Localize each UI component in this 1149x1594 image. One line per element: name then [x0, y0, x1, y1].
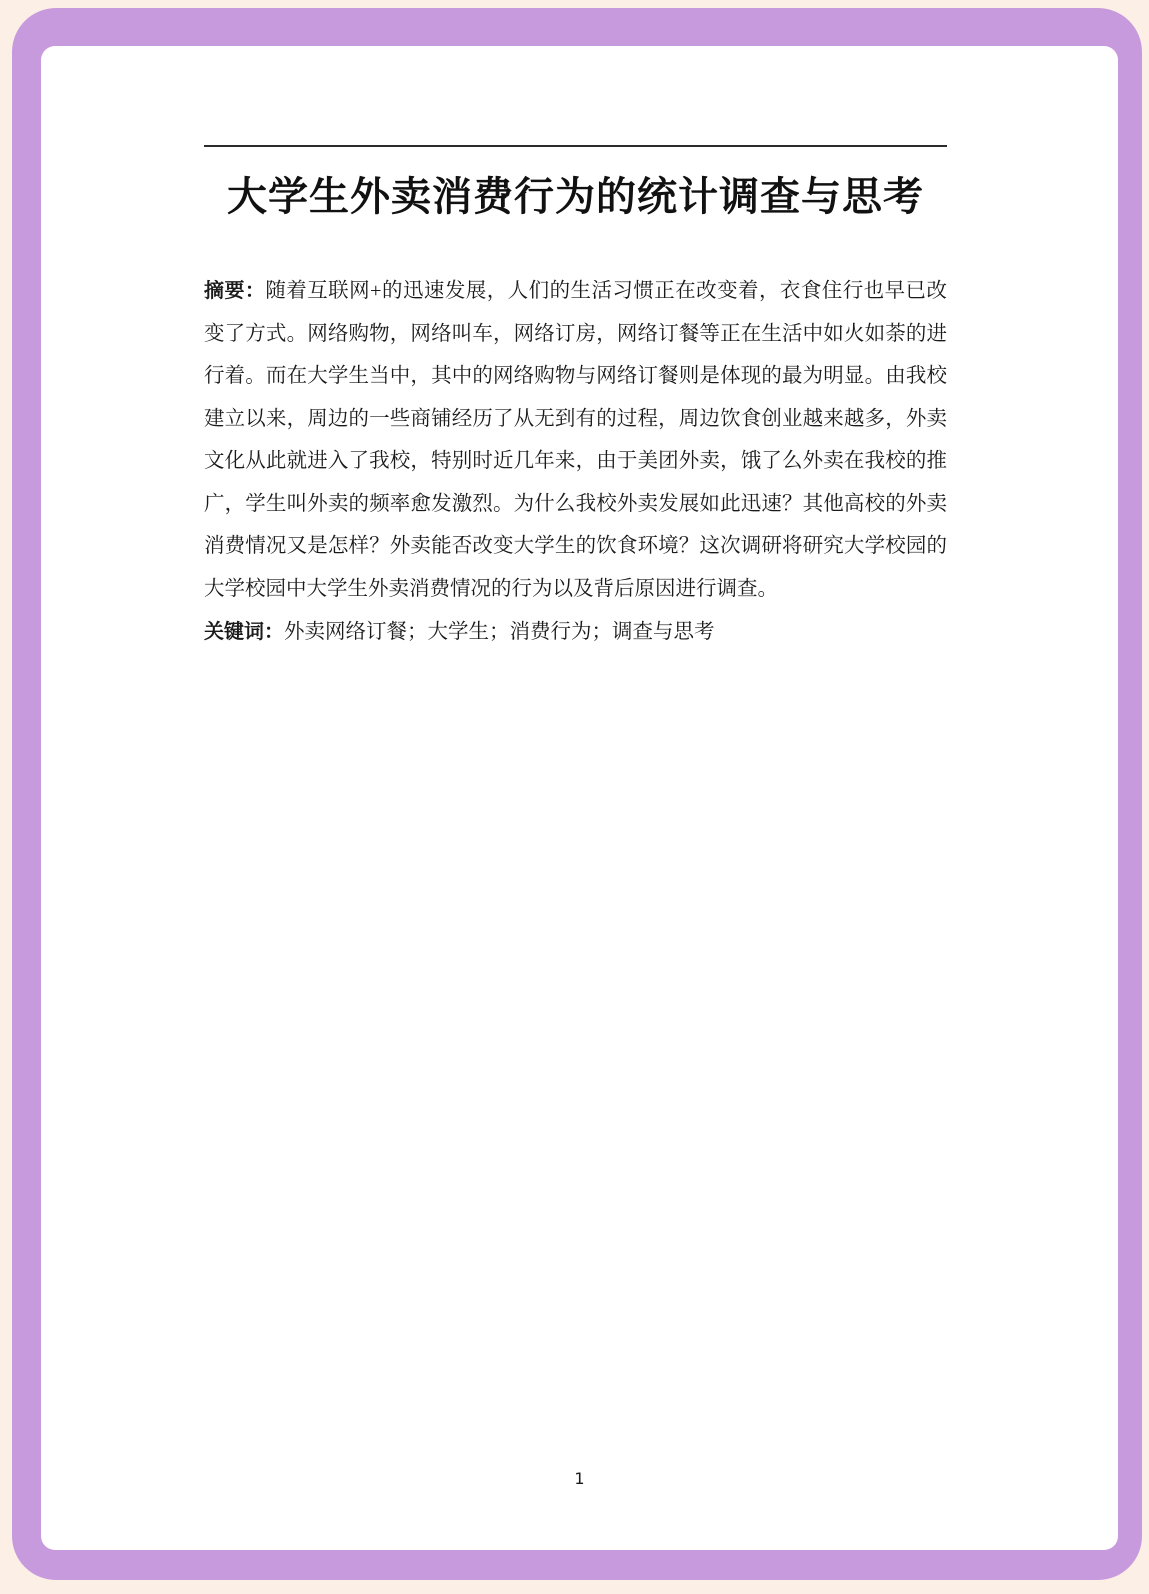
page-title: 大学生外卖消费行为的统计调查与思考	[204, 171, 947, 223]
title-rule-divider	[204, 145, 947, 147]
abstract-text: 随着互联网+的迅速发展，人们的生活习惯正在改变着，衣食住行也早已改变了方式。网络…	[204, 280, 947, 600]
page-number: 1	[41, 1469, 1118, 1488]
abstract-paragraph: 摘要：随着互联网+的迅速发展，人们的生活习惯正在改变着，衣食住行也早已改变了方式…	[204, 269, 947, 610]
document-page: 大学生外卖消费行为的统计调查与思考 摘要：随着互联网+的迅速发展，人们的生活习惯…	[41, 46, 1118, 1550]
keywords-text: 外卖网络订餐；大学生；消费行为；调查与思考	[284, 621, 715, 643]
abstract-label: 摘要：	[204, 278, 265, 302]
document-frame: 大学生外卖消费行为的统计调查与思考 摘要：随着互联网+的迅速发展，人们的生活习惯…	[12, 8, 1142, 1580]
keywords-paragraph: 关键词：外卖网络订餐；大学生；消费行为；调查与思考	[204, 610, 947, 654]
keywords-label: 关键词：	[204, 619, 284, 643]
